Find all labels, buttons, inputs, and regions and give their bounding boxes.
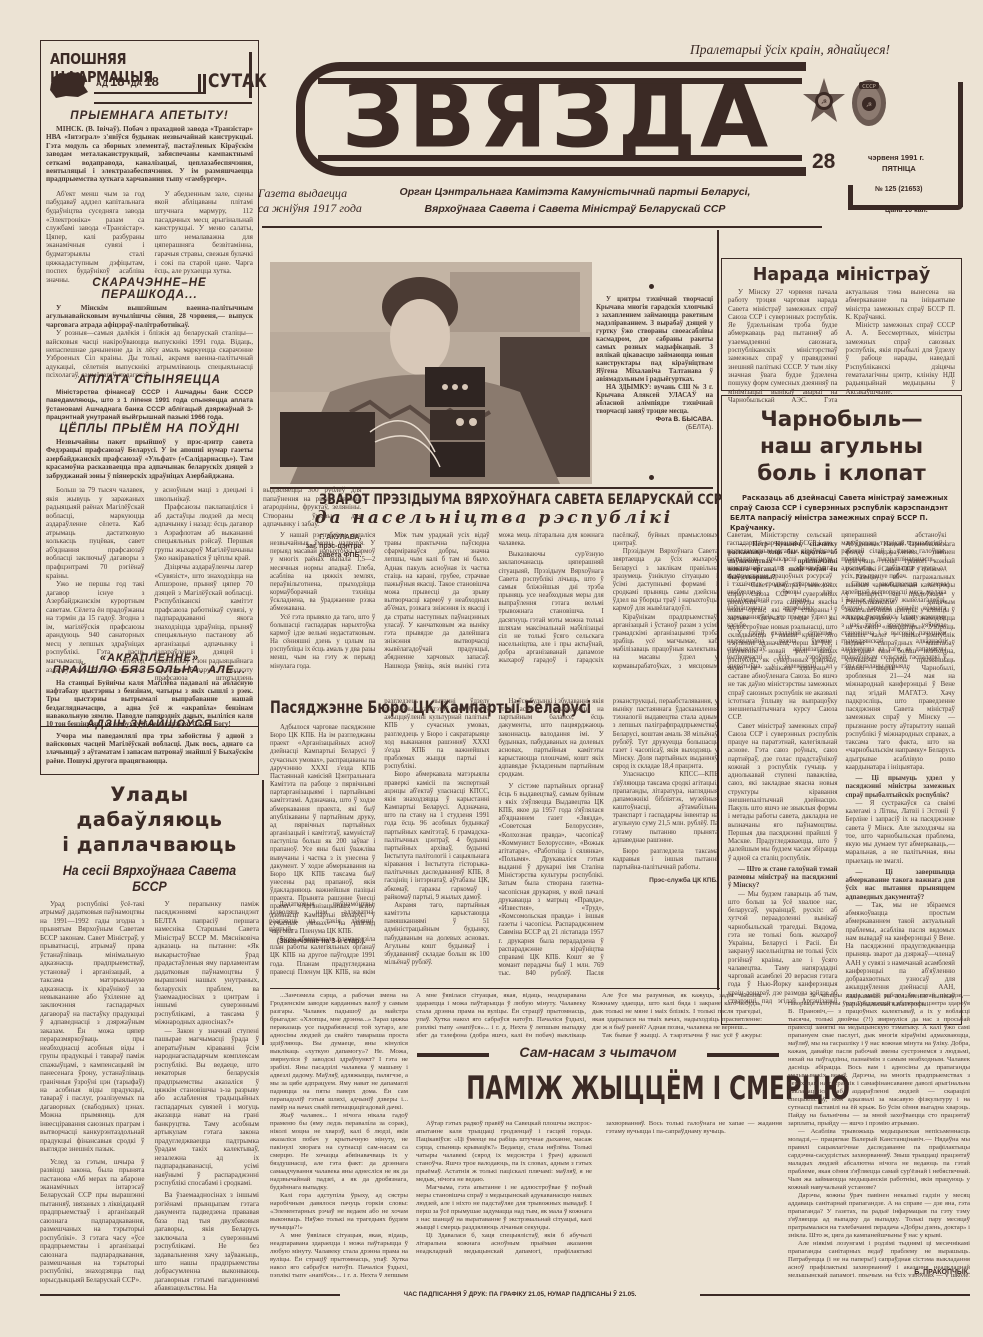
- article-paragraph: Сёння закладваецца аснова далейшай вытво…: [841, 581, 946, 671]
- news-kicker: «АКРАПЛЕННЕ»: [46, 652, 253, 664]
- order-of-labour-icon: СССР ☭: [850, 76, 888, 128]
- article-paragraph: Ва ўзаемаадносінах з іншымі рэгіёнамі пр…: [155, 1191, 260, 1292]
- news-item: СКАРАЧЭННЕ–НЕ ПЕРАШКОДА... У Мінскім выш…: [46, 277, 253, 380]
- article-paragraph: Бюро разгледзела таксама кадравыя і іншы…: [613, 848, 718, 872]
- article-body: Урад рэспублікі ўсё-такі атрымаў дадатко…: [40, 900, 259, 1300]
- article-headline: ЗВАРОТ ПРЭЗІДЫУМА ВЯРХОЎНАГА САВЕТА БЕЛА…: [319, 492, 668, 508]
- article-paragraph: — За чатыры гады маёй работы на гэтай па…: [788, 992, 970, 1128]
- footer-rule-left: [40, 1294, 340, 1296]
- article-column: А мне ўявілася сітуацыя, якая, відаць, н…: [416, 992, 586, 1040]
- news-headline: ПРЫЕМНАГА АПЕТЫТУ!: [46, 110, 253, 122]
- article-paragraph: Але ўсе мы разумныя, як кажуць, задні чы…: [592, 992, 762, 1032]
- banner-bottom-rule: [94, 102, 252, 104]
- interview-question: — Што ж стане галоўнай тэмай размовы мін…: [728, 866, 838, 891]
- date-day: 28: [812, 150, 835, 174]
- banner-bar-2: [203, 74, 206, 94]
- article-paragraph: Акрамя таго, партыйныя камітэты карыстаю…: [384, 902, 489, 967]
- article-subheadline: На сесіі Вярхоўнага Савета БССР: [53, 862, 246, 894]
- article-paragraph: Міністр замежных спраў СССР А. А. Бессме…: [846, 321, 956, 396]
- article-paragraph: На ўсе будынкі і збудаванні, якія сталі …: [499, 698, 604, 780]
- article-paragraph: Савет міністраў замежных спраў Саюза ССР…: [728, 723, 838, 863]
- news-lead: Незвычайны пакет прыйшоў у прэс-цэнтр са…: [46, 438, 253, 480]
- price: Цана 10 кап.: [885, 207, 928, 214]
- news-headline: АПЛАТА СПЫНЯЕЦЦА: [46, 374, 253, 386]
- article-paragraph: Дарэчы, кожны ўрач павінен некалькі гадз…: [788, 1192, 970, 1240]
- organ-line-2: Вярхоўнага Савета і Савета Міністраў Бел…: [375, 203, 775, 215]
- article-paragraph: А мне ўявілася сітуацыя, якая, відаць, н…: [270, 1232, 408, 1277]
- article-body: Адбылося чарговае пасяджэнне Бюро ЦК КПБ…: [270, 698, 718, 983]
- news-headline: ЦЁПЛЫ ПРЫЁМ НА ПОЎДНІ: [46, 423, 253, 435]
- order-of-patriotic-war-icon: ☭: [803, 78, 845, 124]
- date-weekday: ПЯТНІЦА: [882, 164, 916, 173]
- article-body: У Мінску 27 чэрвеня пачала работу трэцяя…: [728, 288, 955, 404]
- to-label: ДА: [131, 79, 142, 88]
- article-headline: ПАМІЖ ЖЫЦЦЁМ І СМЕРЦЮ: [466, 1068, 730, 1108]
- article-paragraph: Прэзідыум Вярхоўнага Савета звяртаецца д…: [613, 548, 718, 613]
- founded-line-1: Газета выдаецца: [258, 186, 347, 201]
- svg-text:☭: ☭: [866, 101, 872, 109]
- article-headline: і даплачваюць: [40, 832, 259, 857]
- article-column: Але ўсе мы разумныя, як кажуць, задні чы…: [592, 992, 762, 1040]
- chernobyl-box[interactable]: Чарнобыль— наш агульны боль і клопат Рас…: [721, 395, 962, 1025]
- news-lead: У Мінскім вышэйшым ваенна-палітычным агу…: [46, 304, 253, 329]
- news-body: Аб'ект менш чым за год пабудаваў аддзел …: [46, 190, 253, 285]
- article-paragraph: Адбылося чарговае пасяджэнне Бюро ЦК КПБ…: [270, 724, 375, 936]
- news-lead: Міністэрства фінансаў СССР і Ашчадны бан…: [46, 389, 253, 423]
- logo-title: ЗВЯЗДА: [312, 73, 802, 161]
- news-headline: СКАРАЧЭННЕ–НЕ ПЕРАШКОДА...: [46, 277, 253, 301]
- photo-credit: Фота В. БЫСАВА.: [596, 416, 713, 424]
- byline-name: Гутарку вяла Т. ХРАПІНА,: [963, 541, 983, 550]
- article-paragraph: — Закон у значнай ступені пашырае магчым…: [155, 1027, 260, 1188]
- news-headline: ПРАЙШЛО БЯЗБОЛЬНА. АЛЕ...: [46, 664, 253, 676]
- slogan: Пралетарыі ўсіх краін, яднайцеся!: [690, 42, 890, 58]
- article-paragraph: Калі гора адступіла ўрыху, ад сястры нар…: [270, 1192, 408, 1232]
- banner-bar-1: [198, 74, 201, 94]
- vlady-right-rule: [262, 780, 264, 1045]
- article-column: ...Занчэмела сэрца, а рабочая змена на Г…: [270, 992, 408, 1277]
- latest-news-box-ext: [40, 725, 259, 775]
- article-body: У нашай рэспубліцы склаліся незвычайныя …: [270, 532, 718, 671]
- news-item: ЦЁПЛЫ ПРЫЁМ НА ПОЎДНІ Незвычайны пакет п…: [46, 423, 253, 684]
- article-headline: Улады дабаўляюць: [40, 782, 259, 832]
- article-paragraph: Урад рэспублікі ўсё-такі атрымаў дадатко…: [40, 900, 145, 1154]
- banner-rule: [94, 92, 204, 94]
- footer-imprint: ЧАС ПАДПІСАННЯ Ў ДРУК: ПА ГРАФІКУ 21.05,…: [340, 1291, 700, 1298]
- photo-caption: У цэнтры тэхнічнай творчасці Крычава мно…: [596, 296, 713, 432]
- banner-right-bar: [249, 52, 252, 98]
- news-paragraph: Больш за 79 тысяч чалавек, якія жывуць у…: [46, 486, 145, 580]
- photo-agency: (БЕЛТА).: [596, 424, 713, 432]
- byline: Б. ПРАКОПЧЫК.: [870, 1268, 970, 1277]
- masthead-frame-notch: [848, 185, 853, 209]
- from-value: 18: [110, 74, 124, 89]
- interview-question: — Ці прымуць удзел у пасяджэнні міністры…: [846, 775, 956, 800]
- kicker-rule-right: [707, 1053, 779, 1057]
- article-body-middle: Аўтар гэтых радкоў правёў на Савецкай пл…: [416, 1120, 782, 1270]
- caption-text: У цэнтры тэхнічнай творчасці Крычава мно…: [596, 296, 713, 384]
- article-paragraph: У нашай рэспубліцы склаліся незвычайныя …: [270, 532, 375, 614]
- article-paragraph: — Я сустракаўся са сваімі калегамі з Літ…: [846, 800, 956, 866]
- photo-illustration: [270, 262, 592, 484]
- article-paragraph: ...Занчэмела сэрца, а рабочая змена на Г…: [270, 992, 408, 1112]
- appeal-top-rule: [270, 487, 713, 489]
- article-headline: боль і клопат: [722, 460, 961, 487]
- byline: Прэс-служба ЦК КПБ.: [613, 876, 718, 885]
- news-paragraph: У абедзенным зале, сцены якой абліцаваны…: [155, 190, 254, 276]
- news-item: «АКРАПЛЕННЕ» ПРАЙШЛО БЯЗБОЛЬНА. АЛЕ... Н…: [46, 652, 253, 728]
- svg-text:☭: ☭: [821, 98, 827, 106]
- from-label: АД: [96, 79, 108, 88]
- news-item: АПЛАТА СПЫНЯЕЦЦА Міністэрства фінансаў С…: [46, 374, 253, 423]
- article-paragraph: Услед за гэтым, шчыра ў развіцці закона,…: [40, 1158, 145, 1285]
- byline-role: кар. БЕЛТА.: [963, 550, 983, 559]
- article-paragraph: Усё гэта прывяло да таго, што ў большасц…: [270, 614, 375, 671]
- date-month-year: чэрвеня 1991 г.: [868, 153, 924, 162]
- latest-news-banner: АПОШНЯЯ ІНФАРМАЦЫЯ АД 18 ДА 18 СУТАК: [46, 48, 253, 106]
- to-value: 18: [144, 74, 158, 89]
- footer-imprint-bar: ЧАС ПАДПІСАННЯ Ў ДРУК: ПА ГРАФІКУ 21.05,…: [40, 1291, 970, 1301]
- article-column: — За чатыры гады маёй работы на гэтай па…: [788, 992, 970, 1277]
- article-paragraph: Магчыма, гэта апытанне і не адлюстроўвае…: [416, 1184, 592, 1232]
- article-paragraph: Аўтар гэтых радкоў правёў на Савецкай пл…: [416, 1120, 592, 1184]
- article-headline: наш агульны: [722, 433, 961, 460]
- article-headline: Нарада міністраў: [722, 265, 961, 285]
- appeal-article: ЗВАРОТ ПРЭЗІДЫУМА ВЯРХОЎНАГА САВЕТА БЕЛА…: [270, 492, 718, 671]
- kicker-rule-left: [417, 1053, 489, 1057]
- article-kicker: Сам-насам з чытачом: [493, 1044, 703, 1060]
- news-paragraph: Прафсаюзы паклапаціліся і аб дастаўцы лю…: [155, 503, 254, 563]
- issue-number: № 125 (21653): [875, 186, 923, 193]
- news-paragraph: Аб'ект менш чым за год пабудаваў аддзел …: [46, 190, 145, 285]
- masthead-bottom-rule: [262, 226, 822, 228]
- article-lead: Расказаць аб дзейнасці Савета міністраў …: [730, 493, 953, 533]
- svg-text:СССР: СССР: [862, 84, 876, 90]
- article-paragraph: Бюро абмеркавала матэрыялы праверкі камі…: [384, 771, 489, 902]
- news-item: ПРЫЕМНАГА АПЕТЫТУ! МІНСК. (В. Івічаў). П…: [46, 110, 253, 284]
- founded-line-2: са жніўня 1917 года: [258, 201, 362, 216]
- article-paragraph: У перапынку паміж пасяджэннямі карэспанд…: [155, 900, 260, 1027]
- bullet-dot: [649, 284, 654, 289]
- news-lead: МІНСК. (В. Івічаў). Побач з прахадной за…: [46, 125, 253, 184]
- article-paragraph: Жыў чалавек... І нічога нікала гадоў пра…: [270, 1112, 408, 1192]
- article-paragraph: Так бывае ў жыцці. А тэарэтычна ў нас ус…: [592, 1032, 762, 1040]
- article-paragraph: — Асабліва трывожыць медыцынская непісьм…: [788, 1128, 970, 1192]
- narada-box[interactable]: Нарада міністраў У Мінску 27 чэрвеня пач…: [721, 258, 962, 391]
- photo-boy-with-electronics[interactable]: [270, 262, 592, 484]
- interview-question: — Ці завершыцца абмеркаванне такога важн…: [846, 869, 956, 902]
- caption-on-photo: НА ЗДЫМКУ: вучань СШ № 3 г. Крычава Аляк…: [596, 384, 713, 416]
- health-article: Сам-насам з чытачом ПАМІЖ ЖЫЦЦЁМ І СМЕРЦ…: [270, 992, 970, 1277]
- bullet-dot: [649, 475, 654, 480]
- buro-right-rule: [717, 230, 719, 990]
- health-headline-block: Сам-насам з чытачом ПАМІЖ ЖЫЦЦЁМ І СМЕРЦ…: [415, 1042, 781, 1117]
- headline-spacer: [270, 698, 375, 724]
- article-headline: Чарнобыль—: [722, 406, 961, 433]
- period-range: АД 18 ДА 18: [96, 74, 159, 89]
- footer-rule-right: [700, 1294, 970, 1296]
- article-subheadline: да насельніцтва рэспублікі: [270, 508, 718, 528]
- news-paragraph: У розныя—самыя далёкія і блізкія ад бела…: [46, 329, 253, 379]
- belarus-map-icon: [48, 70, 90, 100]
- banner-suffix: СУТАК: [208, 70, 267, 92]
- organ-line-1: Орган Цэнтральнага Камітэта Камуністычна…: [375, 186, 775, 198]
- article-paragraph: А мне ўявілася сітуацыя, якая, відаць, н…: [416, 992, 586, 1040]
- vlady-article: Улады дабаўляюць і даплачваюць На сесіі …: [40, 782, 259, 1300]
- masthead-frame-right: [958, 82, 963, 207]
- article-paragraph: Уласнасцю КПСС—КПБ з'яўляюцца таксама ср…: [613, 771, 718, 844]
- health-top-rule: [270, 988, 720, 989]
